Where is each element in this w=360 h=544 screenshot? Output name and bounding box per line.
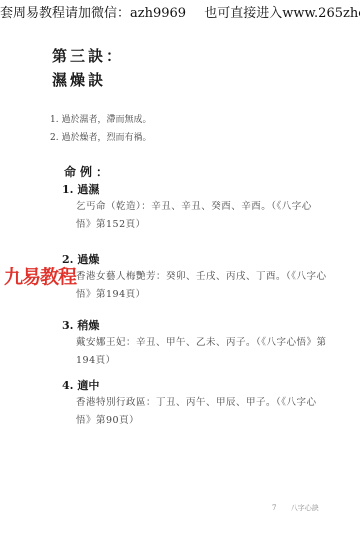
- rule-item: 2. 過於燥者，烈而有禍。: [50, 129, 151, 147]
- example-item: 2. 過燥 香港女藝人梅艷芳：癸卯、壬戌、丙戌、丁酉。（《八字心悟》第194頁）: [62, 252, 327, 304]
- book-title: 八字心訣: [291, 504, 319, 512]
- example-text: 香港女藝人梅艷芳：癸卯、壬戌、丙戌、丁酉。（《八字心悟》第194頁）: [76, 268, 327, 304]
- example-heading: 3. 稍燥: [62, 318, 327, 334]
- example-text: 乞丐命（乾造）：辛丑、辛丑、癸酉、辛酉。（《八字心悟》第152頁）: [76, 198, 327, 234]
- example-heading: 4. 適中: [62, 378, 327, 394]
- example-item: 4. 適中 香港特別行政區：丁丑、丙午、甲辰、甲子。（《八字心悟》第90頁）: [62, 378, 327, 430]
- rule-item: 1. 過於濕者，滯而無成。: [50, 111, 151, 129]
- page-footer: 7 八字心訣: [272, 503, 319, 513]
- examples-heading: 命例：: [64, 163, 112, 180]
- example-text: 戴安娜王妃：辛丑、甲午、乙未、丙子。（《八字心悟》第194頁）: [76, 334, 327, 370]
- banner-website-text: 也可直接进入www.265zhouyiw: [204, 6, 360, 21]
- watermark-banner: 套周易教程请加微信：azh9969 也可直接进入www.265zhouyiw: [0, 2, 360, 21]
- chapter-heading: 第三訣： 濕燥訣: [52, 44, 124, 92]
- example-text: 香港特別行政區：丁丑、丙午、甲辰、甲子。（《八字心悟》第90頁）: [76, 394, 327, 430]
- page-number: 7: [272, 504, 276, 512]
- chapter-number: 第三訣：: [52, 44, 124, 68]
- rules-list: 1. 過於濕者，滯而無成。 2. 過於燥者，烈而有禍。: [50, 111, 151, 147]
- example-item: 3. 稍燥 戴安娜王妃：辛丑、甲午、乙未、丙子。（《八字心悟》第194頁）: [62, 318, 327, 370]
- example-item: 1. 過濕 乞丐命（乾造）：辛丑、辛丑、癸酉、辛酉。（《八字心悟》第152頁）: [62, 182, 327, 234]
- chapter-title: 濕燥訣: [52, 68, 124, 92]
- watermark-logo: 九易教程: [4, 262, 76, 289]
- example-heading: 2. 過燥: [62, 252, 327, 268]
- banner-wechat-text: 套周易教程请加微信：azh9969: [0, 6, 186, 21]
- example-heading: 1. 過濕: [62, 182, 327, 198]
